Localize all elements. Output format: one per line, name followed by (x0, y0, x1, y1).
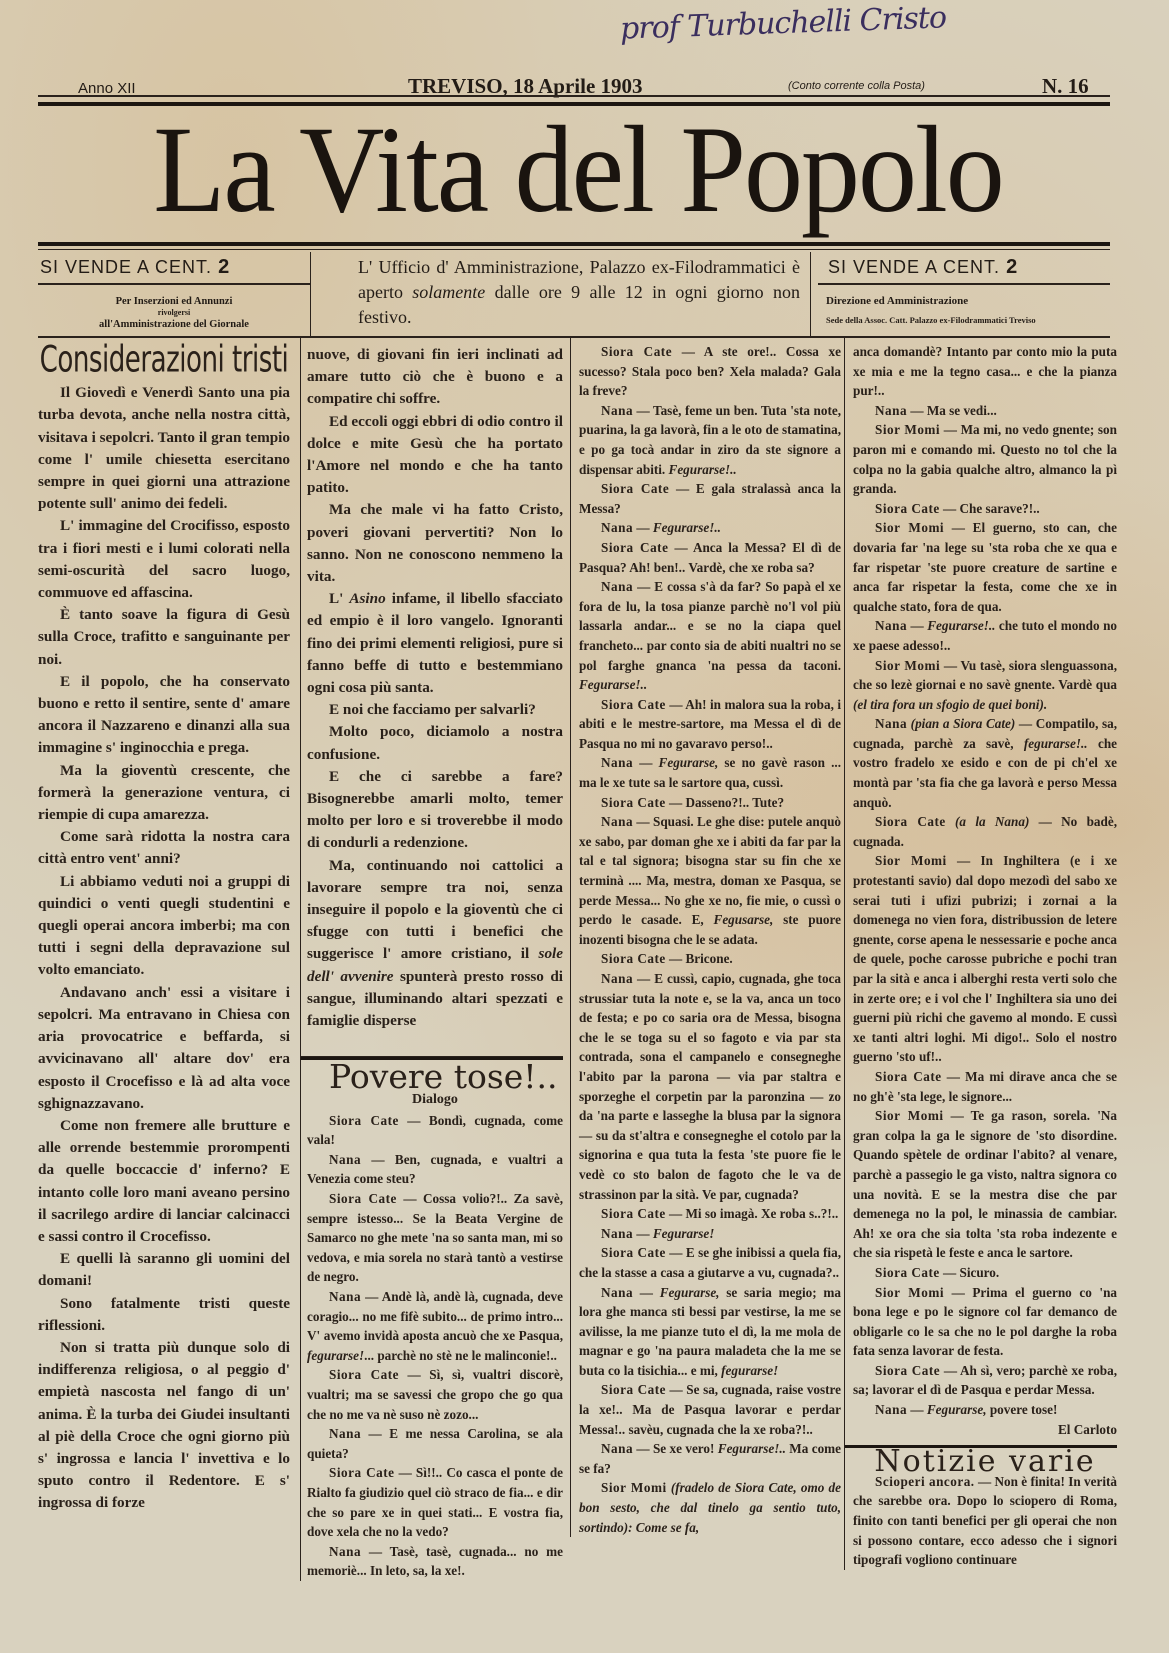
price-value: 2 (218, 256, 230, 278)
line-text: — Che sarave?!.. (940, 501, 1040, 516)
line-text: — (907, 618, 927, 633)
speaker: Siora Cate (875, 1363, 940, 1378)
dialog-line: Nana — Tasè, feme un ben. Tuta 'sta note… (579, 401, 841, 479)
speaker: Nana (601, 971, 633, 986)
direction-line: Direzione ed Amministrazione (826, 295, 1110, 308)
paragraph: L' immagine del Crocifisso, esposto tra … (38, 515, 290, 604)
speaker: Siora Cate (601, 697, 666, 712)
direction-info: Direzione ed Amministrazione Sede della … (818, 295, 1110, 327)
price-box-left: SI VENDE A CENT. 2 Per Inserzioni ed Ann… (38, 252, 311, 336)
dialog-line: Siora Cate — Che sarave?!.. (853, 499, 1117, 519)
paragraph: E che ci sarebbe a fare? Bisognerebbe am… (307, 766, 563, 855)
dialog-line: Nana — Tasè, tasè, cugnada... no me memo… (307, 1542, 563, 1581)
speaker: Nana (875, 403, 907, 418)
dialog-line: Nana — Andè là, andè là, cugnada, deve c… (307, 1287, 563, 1365)
dialog-line: Nana — Ma se vedi... (853, 401, 1117, 421)
price-rule (38, 283, 310, 285)
line-text: — Te ga rason, sorela. 'Na gran colpa la… (853, 1108, 1117, 1260)
dialog-line: Siora Cate — Bondì, cugnada, come vala! (307, 1111, 563, 1150)
paragraph: Come sarà ridotta la nostra cara città e… (38, 826, 290, 870)
emphasis: fegurarse! (721, 1363, 778, 1378)
office-hours-notice: L' Ufficio d' Amministrazione, Palazzo e… (318, 252, 811, 336)
speaker: Sior Momi (875, 422, 940, 437)
speaker: Nana (875, 1402, 907, 1417)
speaker: Nana (601, 814, 633, 829)
dialog-line: Siora Cate — Se sa, cugnada, raise vostr… (579, 1380, 841, 1439)
dialog-line: Nana — Fegurarse, se no gavè rason ... m… (579, 753, 841, 792)
masthead-rule (38, 242, 1110, 246)
speaker: Sior Momi (875, 1285, 944, 1300)
paragraph: nuove, di giovani fin ieri inclinati ad … (307, 344, 563, 411)
line-text: — E cussì, capio, cugnada, ghe toca stru… (579, 971, 841, 1202)
line-text: — Dasseno?!.. Tute? (666, 795, 784, 810)
masthead-rule-thin (38, 249, 1110, 250)
line-text: — In Inghiltera (e i xe protestanti savi… (853, 853, 1117, 1064)
speaker: Siora Cate (875, 1265, 940, 1280)
dialog-line: Sior Momi — El guerno, sto can, che dova… (853, 518, 1117, 616)
column-2: nuove, di giovani fin ieri inclinati ad … (300, 338, 563, 1581)
emphasis: Fegurarse!.. (718, 1441, 786, 1456)
dialog-line: Siora Cate — Anca la Messa? El dì de Pas… (579, 538, 841, 577)
speaker: Sior Momi (601, 1480, 667, 1495)
dialog-line: anca domandè? Intanto par conto mio la p… (853, 342, 1117, 401)
notice-emphasis: solamente (412, 282, 485, 302)
speaker: Siora Cate (601, 795, 666, 810)
dialog-line: Siora Cate — Mi so imagà. Xe roba s..?!.… (579, 1204, 841, 1224)
dialog-line: Siora Cate — Ma mi dirave anca che se no… (853, 1067, 1117, 1106)
dialog-line: Nana (pian a Siora Cate) — Compatilo, sa… (853, 714, 1117, 812)
line-text: — Sicuro. (940, 1265, 999, 1280)
line-text: — (907, 1402, 927, 1417)
speaker: Nana (329, 1426, 361, 1441)
dialog-line: Nana — Fegurarse!.. (579, 518, 841, 538)
dialog-line: Siora Cate — Sì!!.. Co casca el ponte de… (307, 1463, 563, 1541)
line-text: — (633, 520, 653, 535)
speaker: Nana (329, 1544, 361, 1559)
dialog-line: Nana — Squasi. Le ghe dise: putele anquò… (579, 812, 841, 949)
speaker: Siora Cate (601, 481, 669, 496)
emphasis: Fegurarse!.. (653, 520, 721, 535)
paragraph: Ed eccoli oggi ebbri di odio contro il d… (307, 411, 563, 500)
paragraph: Ma che male vi ha fatto Cristo, poveri g… (307, 499, 563, 588)
line-text: povere tose! (987, 1402, 1058, 1417)
emphasis: Asino (349, 590, 385, 607)
paragraph: Scioperi ancora. — Non è finita! In veri… (853, 1472, 1117, 1570)
line-text: — Squasi. Le ghe dise: putele anquò xe s… (579, 814, 841, 927)
dialog-lines: Siora Cate — Bondì, cugnada, come vala! … (307, 1111, 563, 1581)
emphasis: fegurarse! (307, 1348, 364, 1363)
line-text: — Se xe vero! (633, 1441, 718, 1456)
emphasis: Fegurarse!.. (669, 462, 737, 477)
text: L' (329, 590, 349, 607)
insertions-line: Per Inserzioni ed Annunzi (38, 295, 310, 308)
speaker: Siora Cate (875, 501, 940, 516)
speaker: Sior Momi (875, 1108, 944, 1123)
paragraph: E noi che facciamo per salvarli? (307, 699, 563, 721)
emphasis: fegurarse!.. (1024, 736, 1088, 751)
emphasis: Fegurarse!.. (927, 618, 995, 633)
article-title: Notizie varie (853, 1452, 1117, 1472)
speaker: Siora Cate (601, 1382, 666, 1397)
emphasis: Fegurarse, (660, 1285, 720, 1300)
dialog-line: Siora Cate (a la Nana) — No badè, cugnad… (853, 812, 1117, 851)
dialog-line: Sior Momi — Ma mi, no vedo gnente; son p… (853, 420, 1117, 498)
article-columns: Considerazioni tristi Il Giovedì e Vener… (38, 338, 1118, 1638)
emphasis: Fegurarse! (653, 1226, 715, 1241)
dialog-line: Nana — Fegurarse, se saria megio; ma lor… (579, 1283, 841, 1381)
speaker: Nana (601, 1441, 633, 1456)
author-signature: El Carloto (853, 1420, 1117, 1440)
paragraph: Li abbiamo veduti noi a gruppi di quindi… (38, 871, 290, 982)
paragraph: È tanto soave la figura di Gesù sulla Cr… (38, 604, 290, 671)
price-box-right: SI VENDE A CENT. 2 Direzione ed Amminist… (818, 252, 1110, 336)
dialog-line: Siora Cate — Sicuro. (853, 1263, 1117, 1283)
handwritten-annotation: prof Turbuchelli Cristo (619, 0, 946, 46)
speaker: Nana (875, 618, 907, 633)
speaker: Sior Momi (875, 853, 947, 868)
speaker: Sior Momi (875, 658, 940, 673)
speaker: Sior Momi (875, 520, 944, 535)
article-title: Povere tose!.. (307, 1066, 563, 1088)
paragraph: Sono fatalmente tristi queste riflession… (38, 1293, 290, 1337)
speaker: Siora Cate (329, 1191, 397, 1206)
emphasis: Come se fa, (636, 1520, 699, 1535)
speaker: Siora Cate (329, 1465, 395, 1480)
line-text: anca domandè? Intanto par conto mio la p… (853, 344, 1117, 398)
paragraph: Ma la gioventù crescente, che formerà la… (38, 760, 290, 827)
speaker: Siora Cate (601, 540, 668, 555)
dialog-line: Siora Cate — Dasseno?!.. Tute? (579, 793, 841, 813)
speaker: Siora Cate (601, 344, 672, 359)
dialog-line: Sior Momi (fradelo de Siora Cate, omo de… (579, 1478, 841, 1537)
emphasis: Fegurarse, (659, 755, 719, 770)
emphasis: Fegurarse!.. (579, 677, 647, 692)
column-1: Considerazioni tristi Il Giovedì e Vener… (38, 338, 290, 1515)
dialog-line: Sior Momi — Prima el guerno co 'na bona … (853, 1283, 1117, 1361)
dialog-line: Nana — E cussì, capio, cugnada, ghe toca… (579, 969, 841, 1204)
info-bar: SI VENDE A CENT. 2 Per Inserzioni ed Ann… (38, 252, 1110, 336)
dialog-line: Siora Cate — Cossa volio?!.. Za savè, se… (307, 1189, 563, 1287)
paragraph: E il popolo, che ha conservato buono e r… (38, 671, 290, 760)
dialog-line: Siora Cate — Ah sì, vero; parchè xe roba… (853, 1361, 1117, 1400)
dialog-line: Nana — E me nessa Carolina, se ala quiet… (307, 1424, 563, 1463)
line-text: — Bricone. (666, 951, 733, 966)
line-text: ... parchè no stè ne le malinconie!.. (364, 1348, 557, 1363)
line-text (946, 814, 955, 829)
masthead-title: La Vita del Popolo (38, 107, 1118, 233)
line-text: — (633, 1226, 653, 1241)
lead-heading: Scioperi ancora. (875, 1474, 975, 1489)
dialog-line: Nana — Fegurarse!.. che tuto el mondo no… (853, 616, 1117, 655)
insertions-info: Per Inserzioni ed Annunzi rivolgersi all… (38, 295, 310, 331)
text: Ma, continuando noi cattolici a lavorare… (307, 857, 563, 963)
postal-note: (Conto corrente colla Posta) (788, 80, 925, 92)
speaker: Siora Cate (875, 814, 946, 829)
paragraph: Molto poco, diciamolo a nostra confusion… (307, 721, 563, 765)
dialog-line: Siora Cate — Ah! in malora sua la roba, … (579, 695, 841, 754)
dialog-line: Nana — Fegurarse, povere tose! (853, 1400, 1117, 1420)
emphasis: (pian a Siora Cate) (911, 716, 1016, 731)
speaker: Nana (601, 1226, 633, 1241)
dialog-line: Nana — Fegurarse! (579, 1224, 841, 1244)
speaker: Siora Cate (601, 1245, 666, 1260)
dialog-line: Nana — E cossa s'à da far? So papà el xe… (579, 577, 841, 695)
paragraph: Non si tratta più dunque solo di indiffe… (38, 1337, 290, 1515)
price-label-left: SI VENDE A CENT. 2 (38, 252, 310, 279)
emphasis: (el tira fora un sfogio de quei boni). (853, 697, 1047, 712)
price-text: SI VENDE A CENT. (828, 257, 1000, 277)
price-text: SI VENDE A CENT. (40, 257, 212, 277)
speaker: Siora Cate (601, 1206, 666, 1221)
speaker: Nana (601, 520, 633, 535)
emphasis: Fegusarse, (714, 912, 774, 927)
dialog-line: Siora Cate — Bricone. (579, 949, 841, 969)
emphasis: Fegurarse, (927, 1402, 987, 1417)
dialog-line: Sior Momi — Te ga rason, sorela. 'Na gra… (853, 1106, 1117, 1263)
paragraph: Il Giovedì e Venerdì Santo una pia turba… (38, 382, 290, 515)
price-label-right: SI VENDE A CENT. 2 (818, 252, 1110, 279)
paragraph: L' Asino infame, il libello sfacciato ed… (307, 588, 563, 699)
speaker: Siora Cate (329, 1367, 399, 1382)
column-4: anca domandè? Intanto par conto mio la p… (844, 338, 1117, 1570)
dialog-line: Siora Cate — A ste ore!.. Cossa xe suces… (579, 342, 841, 401)
dialog-line: Sior Momi — Vu tasè, siora slenguassona,… (853, 656, 1117, 715)
line-text: — Mi so imagà. Xe roba s..?!.. (666, 1206, 839, 1221)
paragraph: Ma, continuando noi cattolici a lavorare… (307, 855, 563, 1033)
speaker: Siora Cate (601, 951, 666, 966)
dialog-line: Siora Cate — E gala stralassà anca la Me… (579, 479, 841, 518)
price-value: 2 (1006, 256, 1018, 278)
speaker: Siora Cate (875, 1069, 942, 1084)
line-text: — Ma se vedi... (907, 403, 997, 418)
dialog-line: Siora Cate — Sì, sì, vualtri discorè, vu… (307, 1365, 563, 1424)
speaker: Nana (329, 1152, 361, 1167)
paragraph: E quelli là saranno gli uomini del doman… (38, 1248, 290, 1292)
speaker: Siora Cate (329, 1113, 399, 1128)
speaker: Nana (329, 1289, 361, 1304)
line-text: — (633, 755, 659, 770)
paragraph: Andavano anch' essi a visitare i sepolcr… (38, 982, 290, 1115)
emphasis: (a la Nana) (955, 814, 1029, 829)
speaker: Nana (601, 579, 633, 594)
line-text: — (633, 1285, 660, 1300)
column-3: Siora Cate — A ste ore!.. Cossa xe suces… (570, 338, 841, 1537)
dialog-line: Siora Cate — E se ghe inibissi a quela f… (579, 1243, 841, 1282)
direction-line: Sede della Assoc. Catt. Palazzo ex-Filod… (826, 314, 1110, 327)
article-title: Considerazioni tristi (38, 345, 290, 373)
insertions-line: all'Amministrazione del Giornale (38, 318, 310, 331)
insertions-line: rivolgersi (38, 308, 310, 318)
speaker: Nana (875, 716, 907, 731)
price-rule (818, 283, 1110, 285)
speaker: Nana (601, 755, 633, 770)
dialog-line: Sior Momi — In Inghiltera (e i xe protes… (853, 851, 1117, 1067)
header-rule-top (38, 95, 1110, 97)
paragraph: Come non fremere alle brutture e alle or… (38, 1115, 290, 1248)
speaker: Nana (601, 403, 633, 418)
dialog-line: Nana — Se xe vero! Fegurarse!.. Ma come … (579, 1439, 841, 1478)
speaker: Nana (601, 1285, 633, 1300)
dialog-line: Nana — Ben, cugnada, e vualtri a Venezia… (307, 1150, 563, 1189)
